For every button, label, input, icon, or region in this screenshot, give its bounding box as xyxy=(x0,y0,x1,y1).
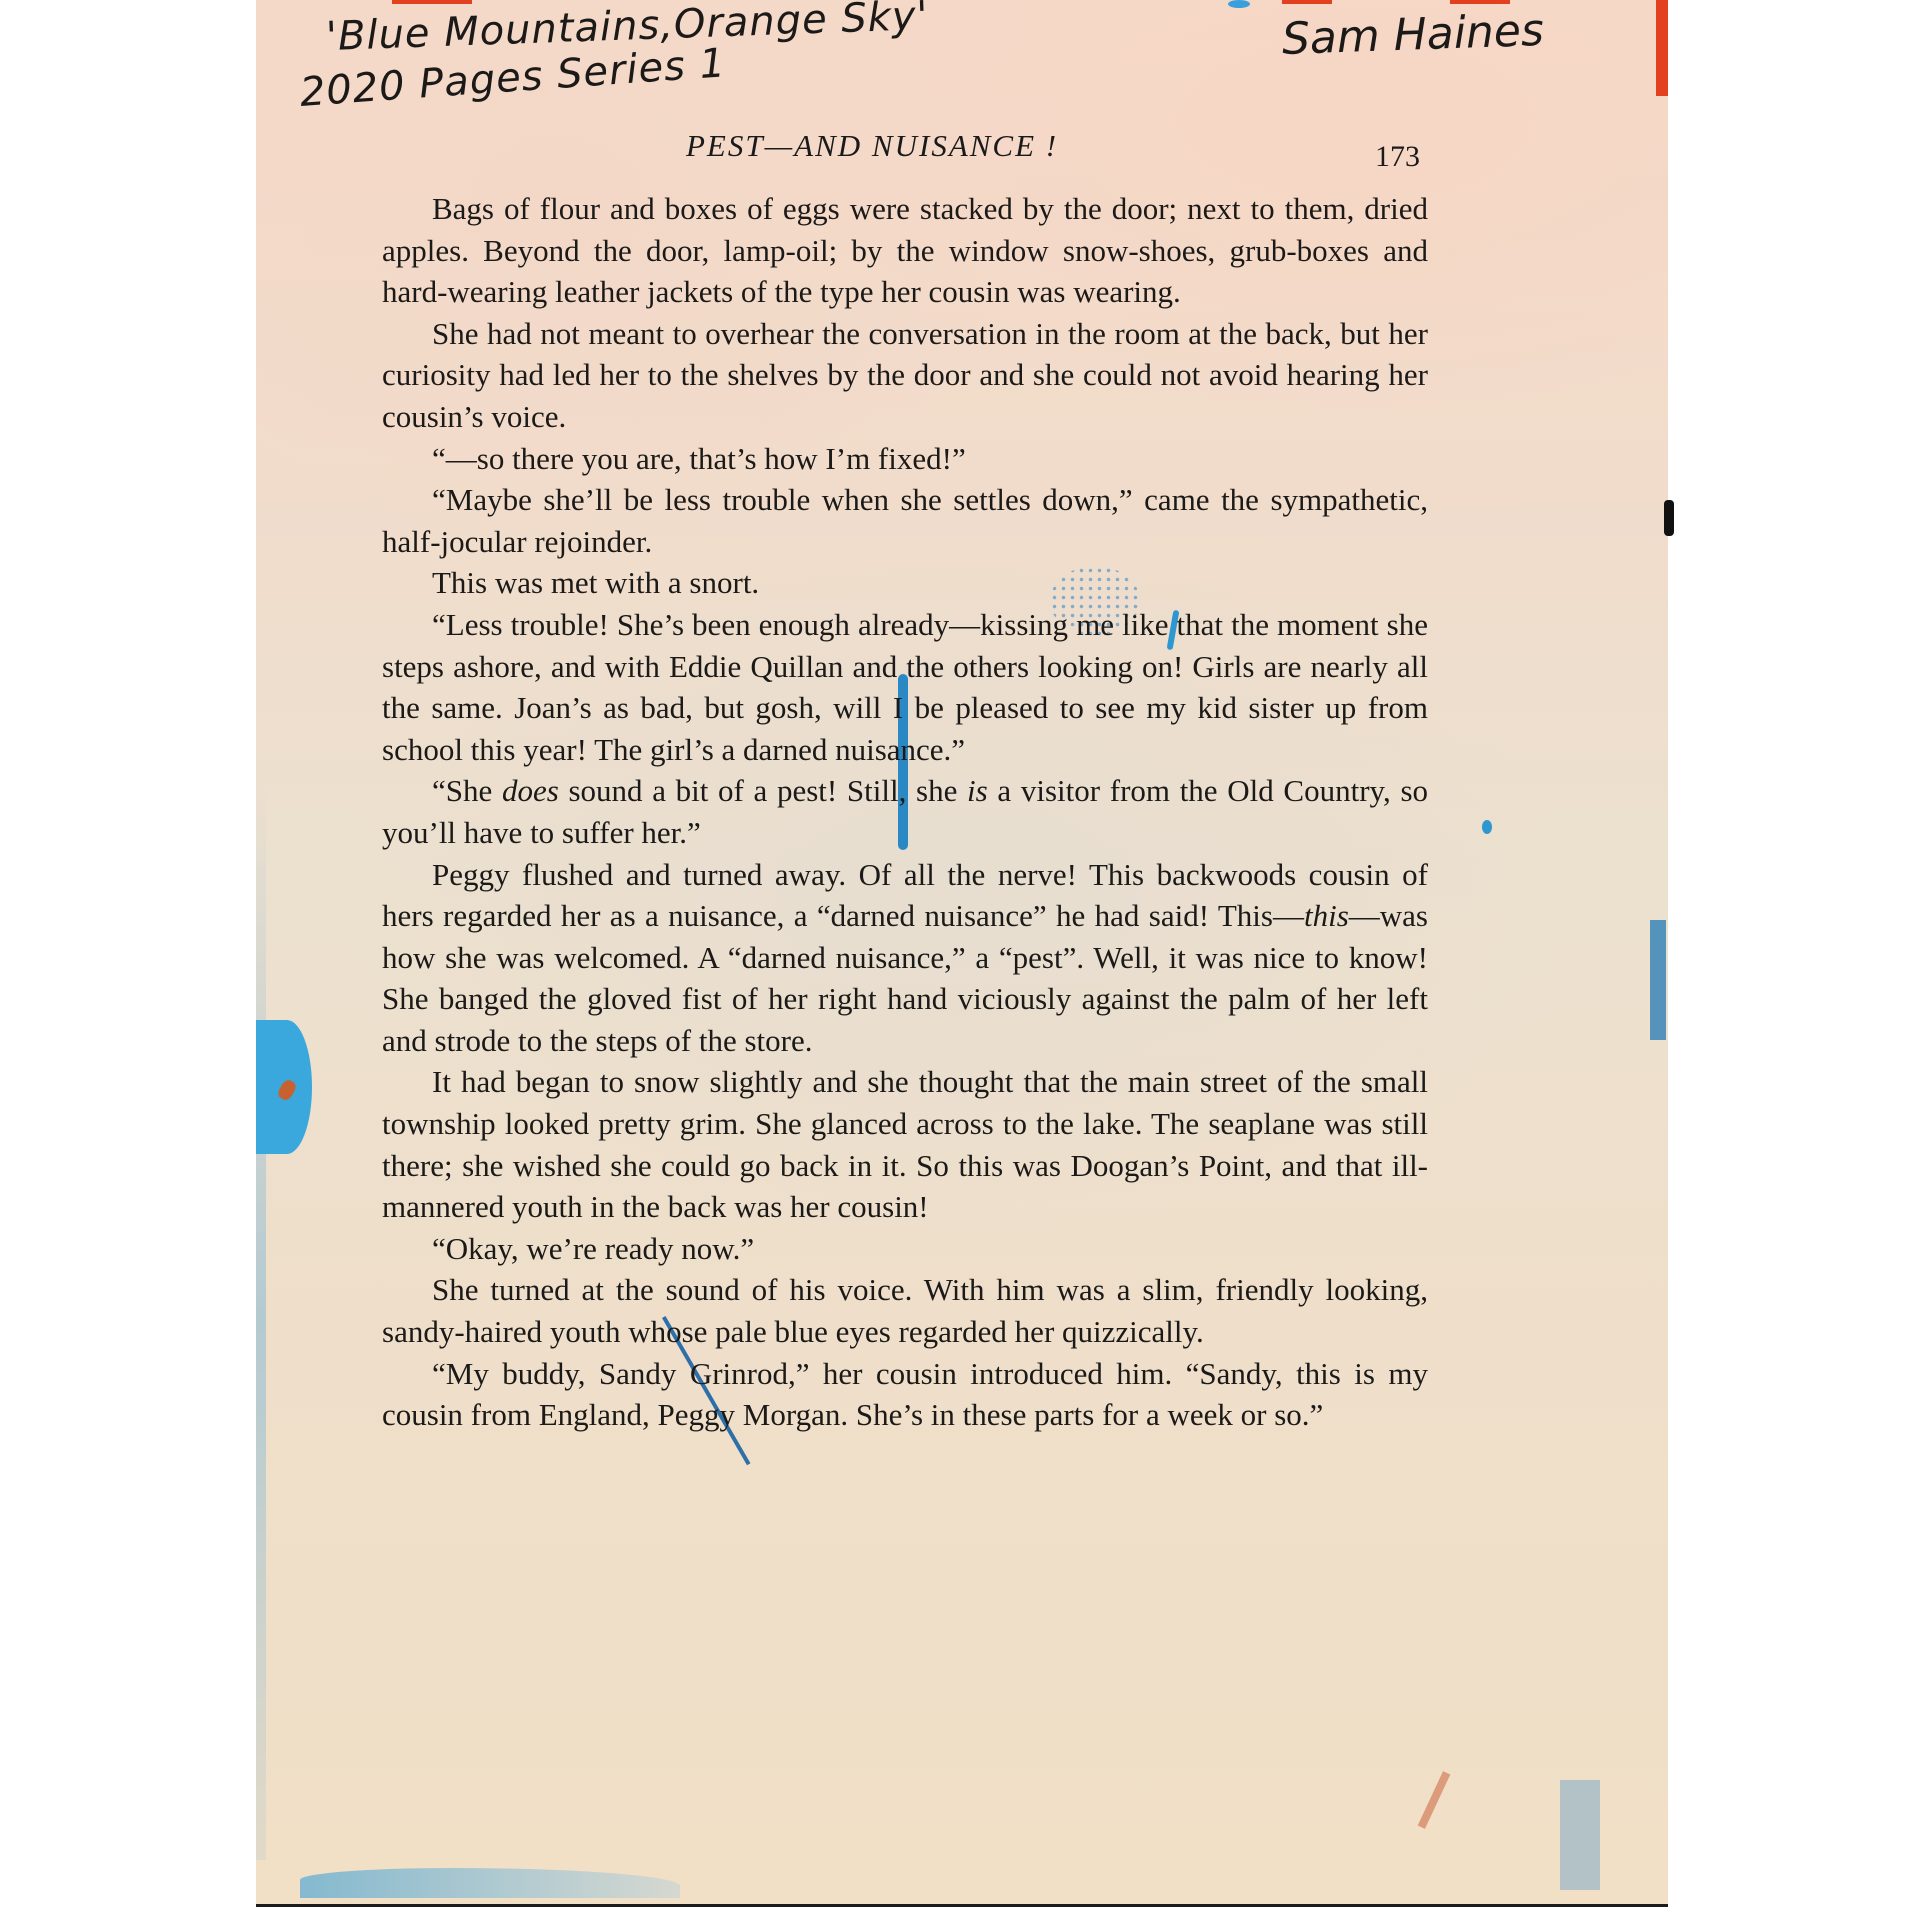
body-text: Bags of flour and boxes of eggs were sta… xyxy=(382,188,1428,1436)
page-number: 173 xyxy=(1375,140,1420,174)
orange-paint-top-mark xyxy=(392,0,472,4)
paragraph: This was met with a snort. xyxy=(382,562,1428,604)
orange-paint-top-mark xyxy=(1450,0,1510,4)
paragraph: “Okay, we’re ready now.” xyxy=(382,1228,1428,1270)
orange-paint-edge xyxy=(1656,0,1668,96)
running-head: PEST—AND NUISANCE ! xyxy=(686,128,1058,164)
blue-paint-edge xyxy=(1650,920,1666,1040)
paragraph: “Maybe she’ll be less trouble when she s… xyxy=(382,479,1428,562)
paragraph: It had began to snow slightly and she th… xyxy=(382,1061,1428,1227)
paragraph: She turned at the sound of his voice. Wi… xyxy=(382,1269,1428,1352)
blue-paint-dot xyxy=(1482,820,1492,834)
blue-paint-edge-wash xyxy=(256,780,266,1860)
paragraph: “Less trouble! She’s been enough already… xyxy=(382,604,1428,770)
paragraph: “—so there you are, that’s how I’m fixed… xyxy=(382,438,1428,480)
blue-paint-top-mark xyxy=(1228,0,1250,8)
orange-paint-top-mark xyxy=(1282,0,1332,4)
paragraph: She had not meant to overhear the conver… xyxy=(382,313,1428,438)
artist-signature: Sam Haines xyxy=(1281,5,1545,65)
paragraph: “She does sound a bit of a pest! Still, … xyxy=(382,770,1428,853)
blue-paint-bottom-wash xyxy=(1560,1780,1600,1890)
black-ink-mark xyxy=(1664,500,1674,536)
paragraph: “My buddy, Sandy Grinrod,” her cousin in… xyxy=(382,1353,1428,1436)
paragraph: Bags of flour and boxes of eggs were sta… xyxy=(382,188,1428,313)
paragraph: Peggy flushed and turned away. Of all th… xyxy=(382,854,1428,1062)
